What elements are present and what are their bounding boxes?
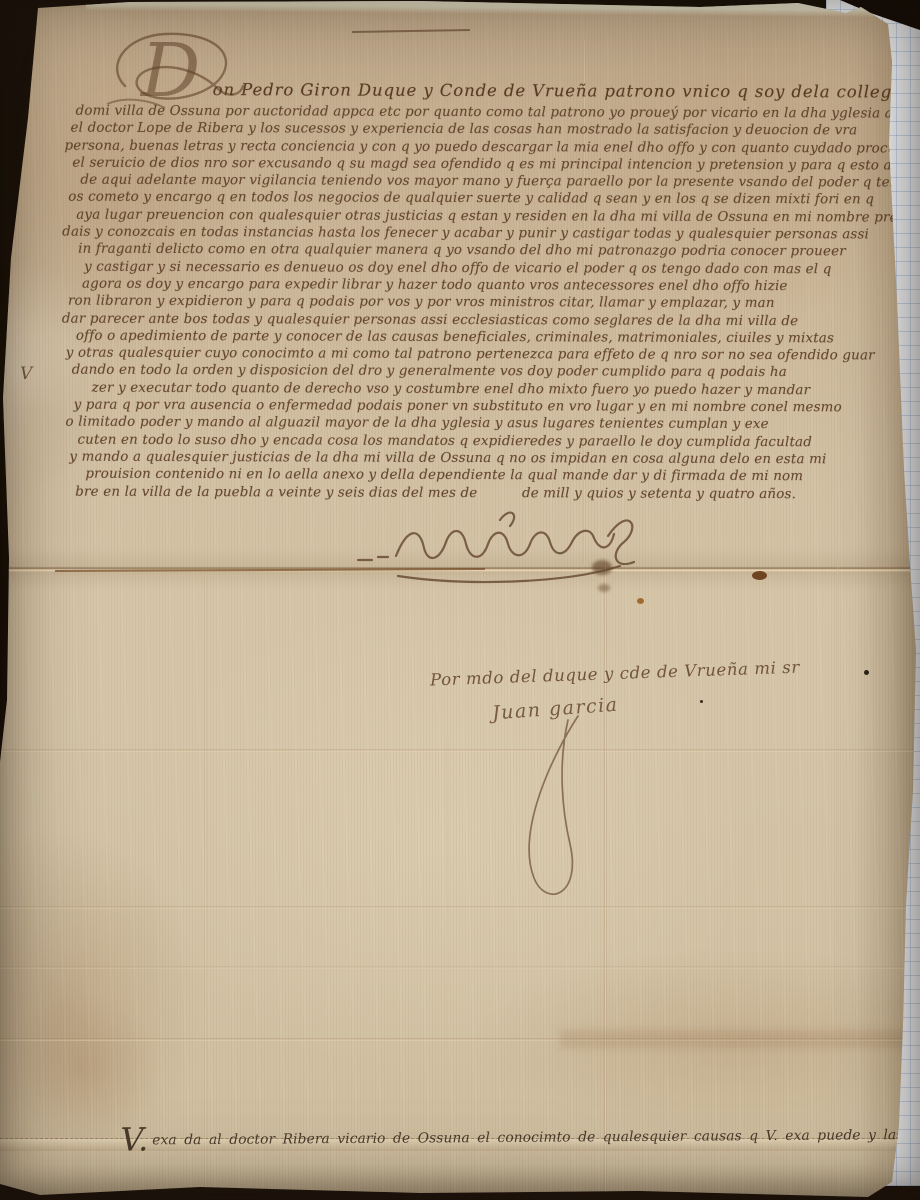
manuscript-line: prouision contenido ni en lo aella anexo… [85,466,891,486]
docket-text: exa da al doctor Ribera vicario de Ossun… [152,1126,920,1148]
manuscript-line: ron libraron y expidieron y para q podai… [68,293,892,313]
docket-initial: V. [120,1120,148,1158]
margin-mark: V [20,364,32,384]
manuscript-line: on Pedro Giron Duque y Conde de Vrueña p… [213,76,893,105]
duke-signature-flourish [352,498,642,588]
crease-stain-band [560,1030,920,1048]
ink-speck [864,670,869,675]
ink-speck [700,700,703,703]
docket-note: V.exa da al doctor Ribera vicario de Oss… [90,1095,891,1180]
rust-speck [637,598,644,604]
manuscript-paper: D V on Pedro Giron Duque y Conde de Vrue… [0,0,920,1200]
manuscript-text-block: on Pedro Giron Duque y Conde de Vrueña p… [61,76,892,504]
horizontal-crease [0,966,920,969]
photograph-of-manuscript: D V on Pedro Giron Duque y Conde de Vrue… [0,0,920,1200]
ink-speck [752,571,767,580]
secretary-rubric-loop [482,712,622,912]
horizontal-crease [0,906,920,909]
horizontal-crease [0,749,920,752]
